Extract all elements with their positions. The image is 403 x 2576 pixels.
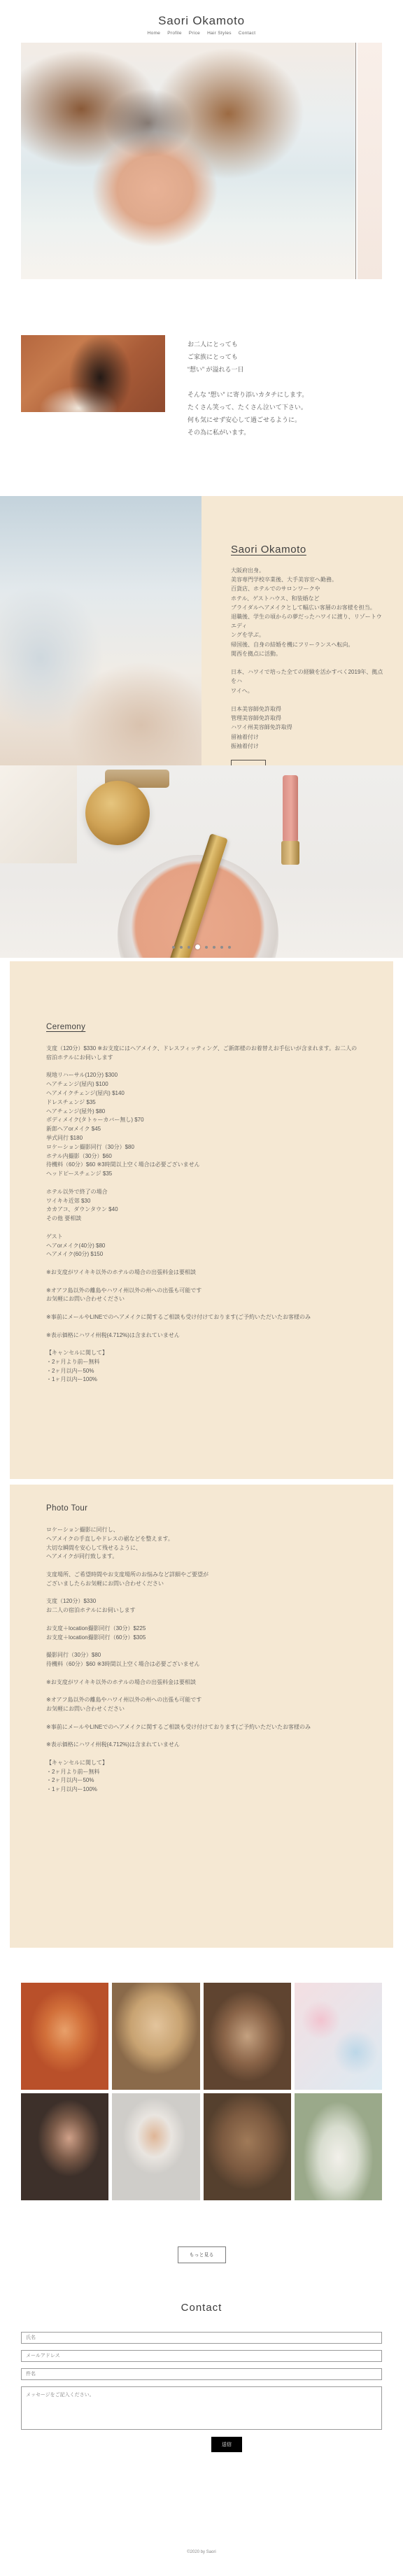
text-line: その為に私がいます。 — [188, 426, 308, 439]
text-line: ロケーション撮影に同行し、 — [46, 1526, 362, 1535]
text-line: 管理美容師免許取得 — [231, 714, 383, 723]
text-line — [46, 1589, 362, 1598]
text-line — [46, 1179, 362, 1188]
profile-section: Saori Okamoto 大阪府出身。美容専門学校卒業後、大手美容室へ勤務。百… — [0, 496, 403, 765]
intro-text: お二人にとってもご家族にとっても“想い” が溢れる一日 そんな “想い” に寄り… — [188, 335, 308, 439]
message-field[interactable] — [21, 2386, 382, 2430]
photo-tour-title: Photo Tour — [46, 1504, 87, 1513]
text-line — [46, 1669, 362, 1678]
text-line — [46, 1615, 362, 1625]
text-line: 現地リハーサル(120分) $300 — [46, 1071, 362, 1080]
text-line: ・2ヶ月より前ー無料 — [46, 1768, 362, 1777]
text-line: 日本、ハワイで培った全ての経験を活かすべく2019年、拠点をハ — [231, 667, 383, 686]
text-line: ホテル内撮影（30分）$60 — [46, 1152, 362, 1161]
ceremony-section: Ceremony 支度（120分）$330 ※お支度にはヘアメイク、ドレスフィッ… — [10, 961, 393, 1479]
text-line: 支度（120分）$330 ※お支度にはヘアメイク、ドレスフィッティング、ご新郎様… — [46, 1045, 362, 1063]
ceremony-price-list: 支度（120分）$330 ※お支度にはヘアメイク、ドレスフィッティング、ご新郎様… — [46, 1045, 362, 1385]
footer-copyright: ©2020 by Saori — [0, 2550, 403, 2554]
text-line: お気軽にお問い合わせください — [46, 1705, 362, 1714]
gallery-photo-pastel-sweets[interactable] — [295, 1983, 382, 2090]
carousel-dot[interactable] — [205, 946, 208, 949]
text-line: ※事前にメールやLINEでのヘアメイクに関するご相談も受け付けております(ご予約… — [46, 1723, 362, 1732]
nav-link[interactable]: Profile — [167, 31, 182, 36]
nav-link[interactable]: Hair Styles — [207, 31, 232, 36]
text-line: ございましたらお気軽にお問い合わせください — [46, 1580, 362, 1589]
text-line: 撮影同行（30分）$80 — [46, 1651, 362, 1660]
text-line: 日本美容師免許取得 — [231, 705, 383, 714]
carousel-dot[interactable] — [228, 946, 231, 949]
text-line — [46, 1304, 362, 1313]
text-line: その他 要相談 — [46, 1215, 362, 1224]
hero-carousel — [21, 43, 382, 279]
cosmetics-photo-left — [0, 765, 77, 863]
nav-link[interactable]: Price — [189, 31, 200, 36]
text-line — [46, 1642, 362, 1651]
text-line: ご家族にとっても — [188, 351, 308, 363]
text-line: ドレスチェンジ $35 — [46, 1098, 362, 1107]
intro-photo — [21, 335, 165, 412]
text-line — [46, 1259, 362, 1268]
text-line: ングを学ぶ。 — [231, 630, 383, 639]
carousel-dot[interactable] — [172, 946, 175, 949]
text-line: ブライダルヘアメイクとして幅広い客層のお客様を担当。 — [231, 603, 383, 612]
text-line: 留袖着付け — [231, 733, 383, 742]
text-line: 百貨店、ホテルでのサロンワークや — [231, 584, 383, 593]
nav-link[interactable]: Contact — [239, 31, 256, 36]
text-line: 新郎ヘアorメイク $45 — [46, 1125, 362, 1134]
text-line: お支度＋location撮影同行（30分）$225 — [46, 1625, 362, 1634]
carousel-dot[interactable] — [213, 946, 215, 949]
text-line: ※表示価格にハワイ州税(4.712%)は含まれていません — [46, 1331, 362, 1340]
text-line: 待機料（60分）$60 ※3時間以上空く場合は必要ございません — [46, 1161, 362, 1170]
text-line — [46, 1732, 362, 1741]
text-line: 何も気にせず安心して過ごせるように。 — [188, 413, 308, 426]
lipstick-photo — [283, 775, 298, 842]
gallery-photo-hair-accessory[interactable] — [204, 1983, 291, 2090]
text-line: 待機料（60分）$60 ※3時間以上空く場合は必要ございません — [46, 1660, 362, 1669]
contact-heading: Contact — [0, 2302, 403, 2314]
text-line: ヘアメイクの手直しやドレスの裾などを整えます。 — [46, 1535, 362, 1544]
text-line — [188, 376, 308, 388]
text-line: そんな “想い” に寄り添いカタチにします。 — [188, 388, 308, 401]
text-line — [46, 1322, 362, 1331]
subject-field[interactable] — [21, 2368, 382, 2380]
text-line: ワイへ。 — [231, 686, 383, 695]
view-more-button[interactable]: もっと見る — [178, 2246, 226, 2263]
gold-eyeshadow-photo — [85, 781, 150, 845]
site-header: Saori Okamoto HomeProfilePriceHair Style… — [0, 0, 403, 36]
text-line — [46, 1224, 362, 1233]
text-line: 支度（120分）$330 — [46, 1597, 362, 1606]
name-field[interactable] — [21, 2332, 382, 2344]
gallery-photo-white-dress[interactable] — [295, 2093, 382, 2200]
text-line: ホテル以外で終了の場合 — [46, 1188, 362, 1197]
carousel-dot[interactable] — [180, 946, 183, 949]
text-line: 退職後、学生の頃からの夢だったハワイに渡り、リゾートウエディ — [231, 612, 383, 630]
photo-gallery — [21, 1983, 382, 2200]
photo-tour-section: Photo Tour ロケーション撮影に同行し、ヘアメイクの手直しやドレスの裾な… — [10, 1485, 393, 1948]
hero-photo — [21, 43, 356, 279]
profile-bio: 大阪府出身。美容専門学校卒業後、大手美容室へ勤務。百貨店、ホテルでのサロンワーク… — [231, 566, 383, 751]
text-line — [46, 1714, 362, 1723]
text-line: 振袖着付け — [231, 742, 383, 751]
text-line: 大切な瞬間を安心して残せるように、 — [46, 1544, 362, 1553]
text-line: お支度＋location撮影同行（60分）$305 — [46, 1634, 362, 1643]
text-line: カカアコ、ダウンタウン $40 — [46, 1205, 362, 1215]
text-line: 【キャンセルに関して】 — [46, 1759, 362, 1768]
text-line: ※お支度がワイキキ以外のホテルの場合の出張料金は要相談 — [46, 1678, 362, 1687]
profile-photo — [0, 496, 201, 765]
text-line: 帰国後、自身の結婚を機にフリーランスへ転向。 — [231, 640, 383, 649]
text-line — [231, 658, 383, 667]
text-line: ヘアチェンジ(屋外) $80 — [46, 1107, 362, 1117]
text-line — [46, 1063, 362, 1072]
text-line: お気軽にお問い合わせください — [46, 1295, 362, 1304]
text-line: ・1ヶ月以内ー100% — [46, 1375, 362, 1385]
ceremony-title: Ceremony — [46, 1023, 85, 1031]
profile-panel: Saori Okamoto 大阪府出身。美容専門学校卒業後、大手美容室へ勤務。百… — [201, 496, 403, 765]
gallery-photo-earring-portrait[interactable] — [21, 2093, 108, 2200]
text-line: ※表示価格にハワイ州税(4.712%)は含まれていません — [46, 1741, 362, 1750]
carousel-dot[interactable] — [220, 946, 223, 949]
text-line — [231, 695, 383, 705]
carousel-pagination — [0, 944, 403, 949]
text-line — [46, 1278, 362, 1287]
text-line: ヘッドピースチェンジ $35 — [46, 1170, 362, 1179]
text-line — [46, 1750, 362, 1759]
nav-link[interactable]: Home — [148, 31, 161, 36]
text-line: ヘアメイク(60分) $150 — [46, 1250, 362, 1259]
text-line: ・2ヶ月以内ー50% — [46, 1367, 362, 1376]
text-line: ヘアメイクチェンジ(屋内) $140 — [46, 1089, 362, 1098]
carousel-dot[interactable] — [188, 946, 190, 949]
text-line: ヘアorメイク(40分) $80 — [46, 1242, 362, 1251]
site-title: Saori Okamoto — [0, 14, 403, 28]
text-line — [46, 1340, 362, 1349]
text-line: ヘアメイクが同行致します。 — [46, 1552, 362, 1562]
text-line — [46, 1562, 362, 1571]
text-line: 美容専門学校卒業後、大手美容室へ勤務。 — [231, 575, 383, 584]
text-line: ・1ヶ月以内ー100% — [46, 1785, 362, 1795]
text-line: お二人にとっても — [188, 338, 308, 351]
text-line: ボディメイク(タトゥーカバー無し) $70 — [46, 1116, 362, 1125]
gallery-photo-bridal-updo[interactable] — [112, 1983, 199, 2090]
contact-form: 送信 — [21, 2332, 382, 2452]
text-line: ハワイ州美容師免許取得 — [231, 723, 383, 732]
text-line: ヘアチェンジ(屋内) $100 — [46, 1080, 362, 1089]
main-nav: HomeProfilePriceHair StylesContact — [0, 31, 403, 36]
text-line: 【キャンセルに関して】 — [46, 1349, 362, 1358]
text-line: ※オアフ島以外の離島やハワイ州以外の州への出張も可能です — [46, 1287, 362, 1296]
text-line: ※お支度がワイキキ以外のホテルの場合の出張料金は要相談 — [46, 1268, 362, 1278]
text-line: お二人の宿泊ホテルにお伺いします — [46, 1606, 362, 1615]
photo-tour-price-list: ロケーション撮影に同行し、ヘアメイクの手直しやドレスの裾などを整えます。大切な瞬… — [46, 1526, 362, 1795]
text-line — [46, 1687, 362, 1696]
text-line: 大阪府出身。 — [231, 566, 383, 575]
send-button[interactable]: 送信 — [211, 2437, 242, 2452]
cosmetics-carousel — [0, 765, 403, 958]
gallery-photo-orange-hair[interactable] — [21, 1983, 108, 2090]
text-line: ホテル、ゲストハウス、和装婚など — [231, 594, 383, 603]
text-line: ※オアフ島以外の離島やハワイ州以外の州への出張も可能です — [46, 1696, 362, 1705]
contact-section: Contact 送信 — [0, 2302, 403, 2452]
text-line: ・2ヶ月より前ー無料 — [46, 1358, 362, 1367]
text-line: ワイキキ近郊 $30 — [46, 1197, 362, 1206]
text-line: 支度場所、ご希望時間やお支度場所のお悩みなど詳細やご要望が — [46, 1571, 362, 1580]
gallery-photo-veil-bride[interactable] — [112, 2093, 199, 2200]
text-line: ※事前にメールやLINEでのヘアメイクに関するご相談も受け付けております(ご予約… — [46, 1313, 362, 1322]
lipstick-base-photo — [281, 841, 299, 865]
hero-next-slide-sliver[interactable] — [358, 43, 382, 279]
text-line: 関西を拠点に活動。 — [231, 649, 383, 658]
intro-section: お二人にとってもご家族にとっても“想い” が溢れる一日 そんな “想い” に寄り… — [21, 335, 382, 439]
carousel-dot-active[interactable] — [195, 944, 200, 949]
text-line: ロケーション撮影同行（30分）$80 — [46, 1143, 362, 1152]
text-line: 挙式同行 $180 — [46, 1134, 362, 1143]
email-field[interactable] — [21, 2350, 382, 2362]
text-line: たくさん笑って、たくさん泣いて下さい。 — [188, 401, 308, 413]
gallery-photo-updo-back[interactable] — [204, 2093, 291, 2200]
text-line: ゲスト — [46, 1233, 362, 1242]
profile-heading: Saori Okamoto — [231, 544, 306, 555]
text-line: ・2ヶ月以内ー50% — [46, 1776, 362, 1785]
text-line: “想い” が溢れる一日 — [188, 363, 308, 376]
